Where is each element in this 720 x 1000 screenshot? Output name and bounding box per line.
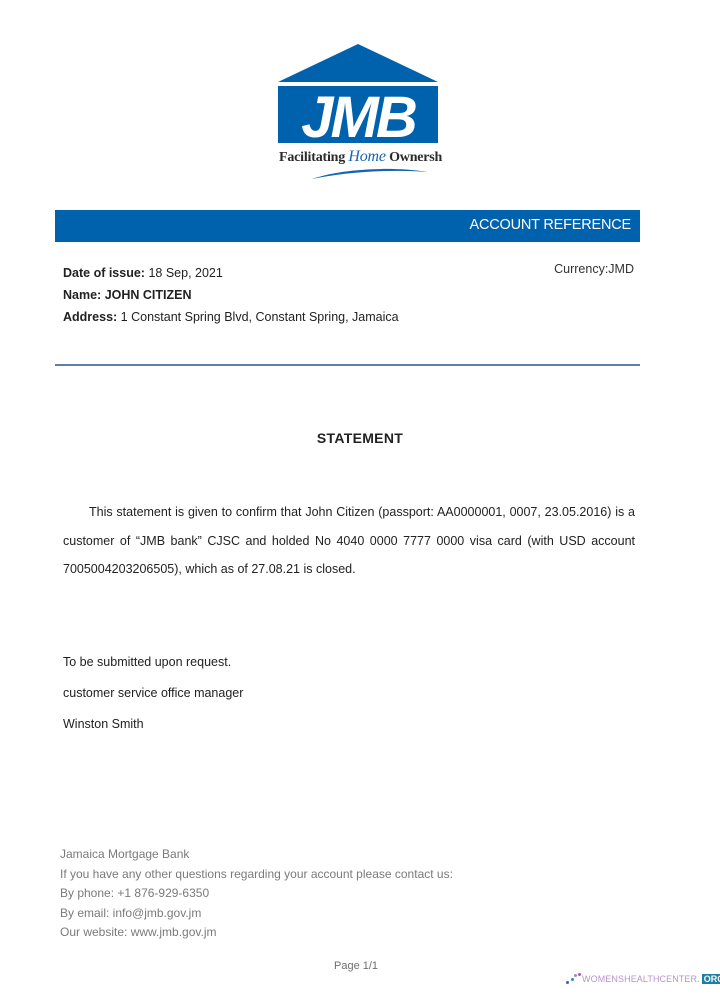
currency: Currency:JMD: [554, 262, 634, 276]
name-value: JOHN CITIZEN: [105, 288, 192, 302]
watermark-org: ORG: [702, 974, 720, 984]
house-logo-icon: JMB: [278, 44, 438, 148]
swoosh-icon: [310, 166, 430, 182]
contact-website: Our website: www.jmb.gov.jm: [60, 923, 453, 943]
tagline-prefix: Facilitating: [279, 150, 345, 165]
statement-title: STATEMENT: [0, 430, 720, 446]
statement-body: This statement is given to confirm that …: [63, 498, 635, 584]
date-of-issue: Date of issue: 18 Sep, 2021: [63, 262, 399, 284]
date-value: 18 Sep, 2021: [148, 266, 222, 280]
signatory-name: Winston Smith: [63, 709, 243, 740]
contact-email: By email: info@jmb.gov.jm: [60, 904, 453, 924]
logo-tagline: Facilitating Home Ownersh: [279, 148, 449, 166]
page-number: Page 1/1: [334, 960, 378, 972]
closing-block: To be submitted upon request. customer s…: [63, 647, 243, 740]
tagline-suffix: Ownersh: [389, 150, 442, 165]
customer-name: Name: JOHN CITIZEN: [63, 284, 399, 306]
bank-name: Jamaica Mortgage Bank: [60, 845, 453, 865]
address-label: Address:: [63, 310, 117, 324]
statement-body-text: This statement is given to confirm that …: [63, 505, 635, 576]
date-label: Date of issue:: [63, 266, 145, 280]
closing-note: To be submitted upon request.: [63, 647, 243, 678]
contact-intro: If you have any other questions regardin…: [60, 865, 453, 885]
divider: [55, 364, 640, 366]
tagline-home: Home: [348, 148, 385, 165]
watermark-text: WOMENSHEALTHCENTER.: [582, 974, 700, 984]
signatory-title: customer service office manager: [63, 678, 243, 709]
contact-phone: By phone: +1 876-929-6350: [60, 884, 453, 904]
name-label: Name:: [63, 288, 101, 302]
address-value: 1 Constant Spring Blvd, Constant Spring,…: [121, 310, 399, 324]
account-reference-band: ACCOUNT REFERENCE: [55, 210, 640, 242]
account-meta: Date of issue: 18 Sep, 2021 Name: JOHN C…: [63, 262, 399, 328]
dots-icon: [566, 973, 580, 985]
contact-footer: Jamaica Mortgage Bank If you have any ot…: [60, 845, 453, 943]
customer-address: Address: 1 Constant Spring Blvd, Constan…: [63, 306, 399, 328]
watermark: WOMENSHEALTHCENTER. ORG: [566, 973, 720, 985]
logo-letters: JMB: [301, 85, 416, 148]
band-title: ACCOUNT REFERENCE: [470, 217, 632, 233]
